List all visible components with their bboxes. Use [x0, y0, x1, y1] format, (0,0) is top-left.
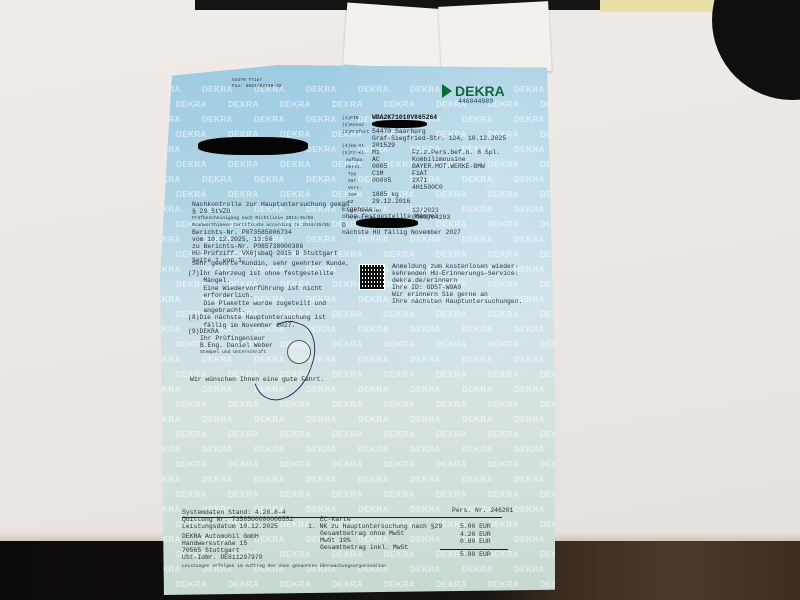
note-line: angebracht.: [188, 307, 246, 314]
watermark: DEKRA: [462, 385, 493, 394]
ez-value: 29.12.2016: [372, 198, 410, 205]
watermark: DEKRA: [280, 490, 311, 499]
watermark: DEKRA: [254, 115, 285, 124]
redacted-plate: [372, 120, 427, 128]
watermark: DEKRA: [358, 475, 389, 484]
watermark: DEKRA: [306, 175, 337, 184]
watermark: DEKRA: [280, 400, 311, 409]
note-line: erforderlich.: [188, 292, 253, 299]
watermark: DEKRA: [228, 400, 259, 409]
vers-desc: 4H1500C0: [412, 184, 443, 191]
watermark: DEKRA: [514, 505, 545, 514]
watermark: DEKRA: [410, 325, 441, 334]
watermark: DEKRA: [410, 355, 441, 364]
watermark: DEKRA: [332, 100, 363, 109]
next-hu-due: nächste HU fällig November 2027: [342, 229, 461, 236]
watermark: DEKRA: [514, 115, 545, 124]
watermark: DEKRA: [384, 340, 415, 349]
watermark: DEKRA: [462, 205, 493, 214]
watermark: DEKRA: [488, 310, 519, 319]
watermark: DEKRA: [202, 175, 233, 184]
watermark: DEKRA: [488, 460, 519, 469]
watermark: DEKRA: [306, 475, 337, 484]
watermark: DEKRA: [358, 505, 389, 514]
watermark: DEKRA: [228, 490, 259, 499]
leistungsdatum: Leistungsdatum 10.12.2025: [182, 523, 278, 530]
watermark: DEKRA: [176, 580, 207, 589]
watermark: DEKRA: [514, 85, 545, 94]
paper-receipt: [438, 1, 552, 77]
watermark: DEKRA: [228, 190, 259, 199]
receipt-footnote: Leistungen erfolgen im Auftrag des oben …: [182, 563, 386, 570]
watermark: DEKRA: [410, 445, 441, 454]
watermark: DEKRA: [254, 415, 285, 424]
watermark: DEKRA: [280, 550, 311, 559]
receipt-item-label: Gesamtbetrag inkl. MwSt: [320, 544, 408, 551]
watermark: DEKRA: [332, 340, 363, 349]
watermark: DEKRA: [176, 490, 207, 499]
watermark: DEKRA: [514, 355, 545, 364]
company-vat-id: USt-IdNr. DE811297970: [182, 554, 263, 561]
receipt-item-amount: 5.00 EUR: [460, 523, 491, 530]
watermark: DEKRA: [202, 385, 233, 394]
watermark: DEKRA: [384, 490, 415, 499]
watermark: DEKRA: [280, 580, 311, 589]
watermark: DEKRA: [332, 580, 363, 589]
watermark: DEKRA: [462, 355, 493, 364]
watermark: DEKRA: [358, 355, 389, 364]
watermark: DEKRA: [462, 115, 493, 124]
watermark: DEKRA: [280, 460, 311, 469]
watermark: DEKRA: [306, 415, 337, 424]
watermark: DEKRA: [202, 115, 233, 124]
redacted-address: [198, 137, 308, 155]
watermark: DEKRA: [306, 145, 337, 154]
var-value: 00005: [372, 177, 391, 184]
watermark: DEKRA: [384, 400, 415, 409]
watermark: DEKRA: [176, 400, 207, 409]
watermark: DEKRA: [384, 430, 415, 439]
note-line: (7)Ihr Fahrzeug ist ohne festgestellte: [188, 270, 334, 277]
watermark: DEKRA: [332, 460, 363, 469]
watermark: DEKRA: [488, 580, 519, 589]
watermark: DEKRA: [176, 100, 207, 109]
watermark: DEKRA: [436, 400, 467, 409]
watermark: DEKRA: [410, 565, 441, 574]
watermark: DEKRA: [514, 415, 545, 424]
receipt-item-amount: 0.80 EUR: [460, 538, 491, 545]
watermark: DEKRA: [488, 520, 519, 529]
watermark: DEKRA: [436, 370, 467, 379]
watermark: DEKRA: [358, 295, 389, 304]
watermark: DEKRA: [358, 85, 389, 94]
watermark: DEKRA: [488, 160, 519, 169]
watermark: DEKRA: [410, 505, 441, 514]
watermark: DEKRA: [462, 175, 493, 184]
watermark: DEKRA: [332, 400, 363, 409]
watermark: DEKRA: [358, 415, 389, 424]
watermark: DEKRA: [228, 580, 259, 589]
receipt-item-amount: 5.00 EUR: [460, 551, 491, 558]
dekra-logo: DEKRA: [442, 83, 505, 99]
watermark: DEKRA: [462, 415, 493, 424]
note-line: (8)Die nächste Hauptuntersuchung ist: [188, 314, 326, 321]
watermark: DEKRA: [514, 205, 545, 214]
watermark: DEKRA: [358, 445, 389, 454]
document-number: 446044989: [458, 98, 493, 105]
qr-code[interactable]: [360, 265, 384, 289]
note-line: Eine Wiedervorführung ist nicht: [188, 285, 322, 292]
watermark: DEKRA: [228, 100, 259, 109]
watermark: DEKRA: [202, 415, 233, 424]
watermark: DEKRA: [384, 160, 415, 169]
watermark: DEKRA: [228, 430, 259, 439]
total-rule: [440, 549, 508, 550]
watermark: DEKRA: [488, 550, 519, 559]
note-line: Mängel.: [188, 277, 230, 284]
watermark: DEKRA: [176, 460, 207, 469]
watermark: DEKRA: [358, 385, 389, 394]
watermark: DEKRA: [488, 340, 519, 349]
watermark: DEKRA: [332, 370, 363, 379]
dekra-inspection-report: DEKRADEKRADEKRADEKRADEKRADEKRADEKRADEKRA…: [160, 65, 555, 595]
watermark: DEKRA: [306, 385, 337, 394]
watermark: DEKRA: [332, 280, 363, 289]
watermark: DEKRA: [410, 85, 441, 94]
watermark: DEKRA: [462, 325, 493, 334]
watermark: DEKRA: [410, 415, 441, 424]
watermark: DEKRA: [384, 310, 415, 319]
watermark: DEKRA: [436, 250, 467, 259]
watermark: DEKRA: [488, 430, 519, 439]
watermark: DEKRA: [306, 235, 337, 244]
watermark: DEKRA: [306, 505, 337, 514]
reminder-line: Ihre nächsten Hauptuntersuchungen.: [392, 298, 522, 305]
watermark: DEKRA: [488, 280, 519, 289]
watermark: DEKRA: [514, 535, 545, 544]
watermark: DEKRA: [202, 445, 233, 454]
dekra-logo-icon: [442, 84, 452, 98]
watermark: DEKRA: [436, 430, 467, 439]
watermark: DEKRA: [176, 130, 207, 139]
watermark: DEKRA: [358, 325, 389, 334]
note-line: Die Plakette wurde zugeteilt und: [188, 300, 326, 307]
watermark: DEKRA: [514, 385, 545, 394]
watermark: DEKRA: [488, 250, 519, 259]
watermark: DEKRA: [488, 370, 519, 379]
watermark: DEKRA: [436, 490, 467, 499]
watermark: DEKRA: [254, 175, 285, 184]
watermark: DEKRA: [514, 475, 545, 484]
sticky-notes: [600, 0, 725, 12]
watermark: DEKRA: [202, 475, 233, 484]
watermark: DEKRA: [176, 160, 207, 169]
watermark: DEKRA: [176, 430, 207, 439]
watermark: DEKRA: [462, 235, 493, 244]
watermark: DEKRA: [228, 460, 259, 469]
watermark: DEKRA: [436, 460, 467, 469]
watermark: DEKRA: [254, 445, 285, 454]
watermark: DEKRA: [514, 235, 545, 244]
watermark: DEKRA: [384, 250, 415, 259]
watermark: DEKRA: [514, 325, 545, 334]
watermark: DEKRA: [514, 265, 545, 274]
watermark: DEKRA: [280, 190, 311, 199]
watermark: DEKRA: [514, 445, 545, 454]
watermark: DEKRA: [462, 565, 493, 574]
watermark: DEKRA: [332, 490, 363, 499]
watermark: DEKRA: [436, 310, 467, 319]
watermark: DEKRA: [332, 430, 363, 439]
watermark: DEKRA: [202, 85, 233, 94]
watermark: DEKRA: [306, 85, 337, 94]
watermark: DEKRA: [514, 145, 545, 154]
watermark: DEKRA: [384, 580, 415, 589]
watermark: DEKRA: [462, 445, 493, 454]
watermark: DEKRA: [254, 475, 285, 484]
watermark: DEKRA: [176, 190, 207, 199]
watermark: DEKRA: [228, 160, 259, 169]
watermark: DEKRA: [410, 385, 441, 394]
watermark: DEKRA: [514, 175, 545, 184]
pruefort-label: (3)Prüfort: [342, 129, 370, 136]
watermark: DEKRA: [488, 400, 519, 409]
watermark: DEKRA: [280, 100, 311, 109]
closing-text: Wir wünschen Ihnen eine gute Fahrt.: [190, 376, 324, 383]
watermark: DEKRA: [280, 160, 311, 169]
watermark: DEKRA: [384, 370, 415, 379]
watermark: DEKRA: [306, 445, 337, 454]
watermark: DEKRA: [488, 190, 519, 199]
watermark: DEKRA: [436, 340, 467, 349]
watermark: DEKRA: [436, 580, 467, 589]
watermark: DEKRA: [410, 475, 441, 484]
watermark: DEKRA: [514, 565, 545, 574]
salutation: Sehr geehrte Kundin, sehr geehrter Kunde…: [192, 260, 349, 267]
watermark: DEKRA: [462, 475, 493, 484]
watermark: DEKRA: [488, 490, 519, 499]
pers-nr: Pers. Nr. 246201: [452, 507, 513, 514]
watermark: DEKRA: [332, 310, 363, 319]
watermark: DEKRA: [488, 220, 519, 229]
watermark: DEKRA: [280, 430, 311, 439]
watermark: DEKRA: [384, 460, 415, 469]
watermark: DEKRA: [384, 100, 415, 109]
dekra-wordmark: DEKRA: [455, 83, 505, 99]
redacted-plate-result: [356, 218, 418, 228]
watermark: DEKRA: [306, 115, 337, 124]
watermark: DEKRA: [410, 535, 441, 544]
header-fax: Fax: 0651/82748-32: [232, 83, 282, 90]
